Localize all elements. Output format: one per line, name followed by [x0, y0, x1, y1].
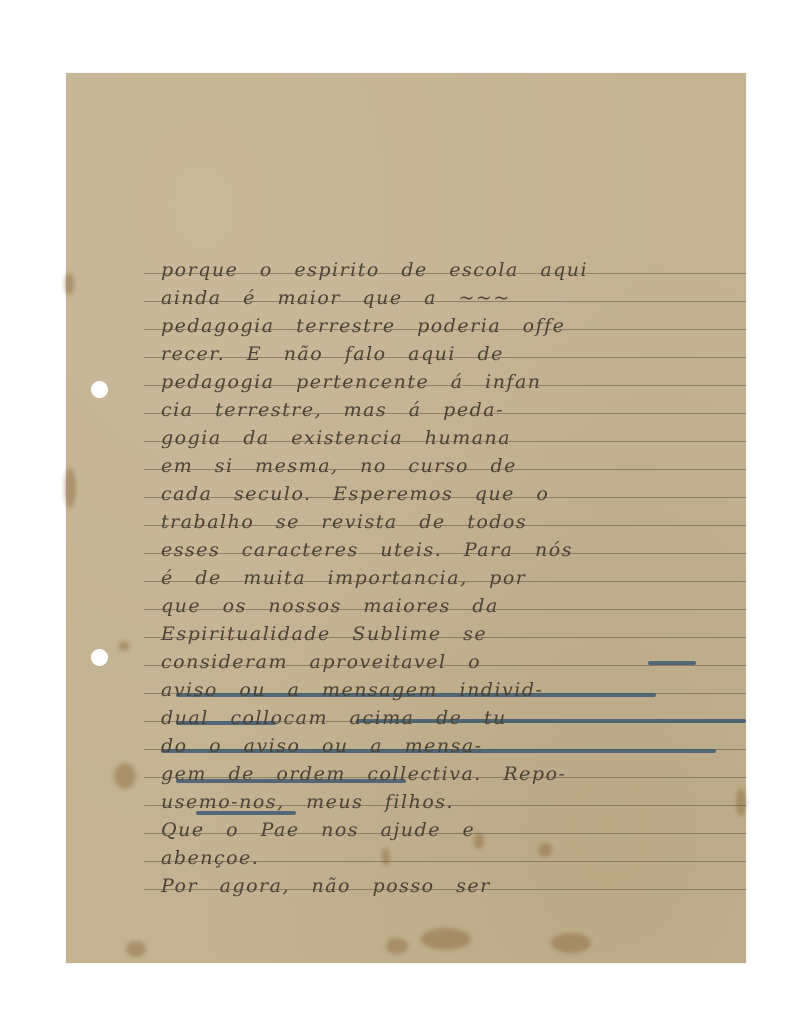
- text-line: aviso ou a mensagem individ-: [161, 676, 746, 704]
- stain: [118, 641, 130, 651]
- stain: [551, 933, 591, 953]
- stain: [114, 763, 136, 789]
- text-line: que os nossos maiores da: [161, 592, 746, 620]
- text-line: esses caracteres uteis. Para nós: [161, 536, 746, 564]
- text-line: em si mesma, no curso de: [161, 452, 746, 480]
- text-line: consideram aproveitavel o: [161, 648, 746, 676]
- binder-hole-bottom: [91, 649, 108, 666]
- handwritten-text: porque o espirito de escola aqui ainda é…: [161, 256, 746, 900]
- text-line: trabalho se revista de todos: [161, 508, 746, 536]
- text-line: recer. E não falo aqui de: [161, 340, 746, 368]
- stain: [64, 273, 74, 295]
- text-line: cada seculo. Esperemos que o: [161, 480, 746, 508]
- text-line: dual collocam acima de tu: [161, 704, 746, 732]
- text-line: porque o espirito de escola aqui: [161, 256, 746, 284]
- text-line: ainda é maior que a ~~~: [161, 284, 746, 312]
- text-line: Por agora, não posso ser: [161, 872, 746, 900]
- text-line: pedagogia terrestre poderia offe: [161, 312, 746, 340]
- binder-hole-top: [91, 381, 108, 398]
- text-line: do o aviso ou a mensa-: [161, 732, 746, 760]
- stain: [126, 941, 146, 957]
- manuscript-page: porque o espirito de escola aqui ainda é…: [66, 73, 746, 963]
- stain: [386, 938, 408, 954]
- text-line: cia terrestre, mas á peda-: [161, 396, 746, 424]
- stain: [421, 928, 471, 950]
- text-line: gem de ordem collectiva. Repo-: [161, 760, 746, 788]
- text-line: Espiritualidade Sublime se: [161, 620, 746, 648]
- text-line: é de muita importancia, por: [161, 564, 746, 592]
- text-line: Que o Pae nos ajude e: [161, 816, 746, 844]
- text-line: pedagogia pertencente á infan: [161, 368, 746, 396]
- stain: [64, 468, 76, 508]
- text-line: gogia da existencia humana: [161, 424, 746, 452]
- text-line: usemo-nos, meus filhos.: [161, 788, 746, 816]
- text-line: abençoe.: [161, 844, 746, 872]
